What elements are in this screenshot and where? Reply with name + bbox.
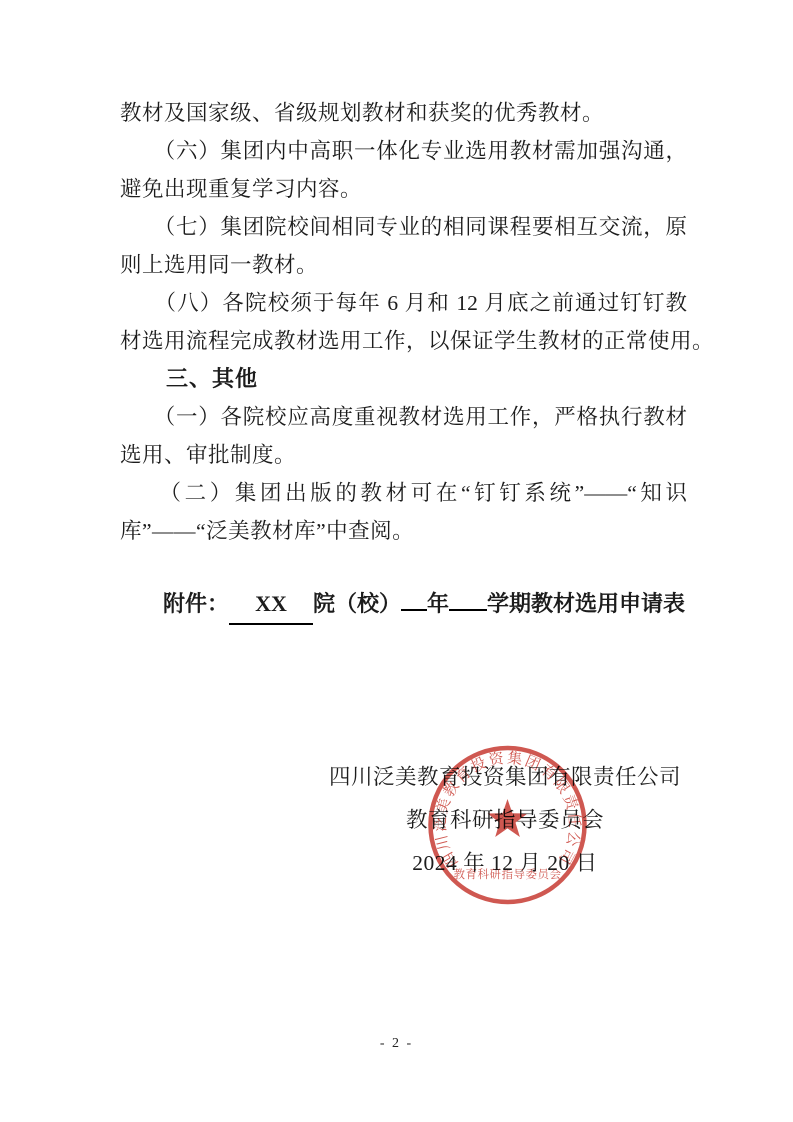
body-line: 材选用流程完成教材选用工作，以保证学生教材的正常使用。 [120,322,687,360]
school-suffix: 院（校） [313,585,401,623]
body-line: 选用、审批制度。 [120,436,687,474]
committee-name: 教育科研指导委员会 [320,799,690,842]
attachment-label: 附件： [163,585,229,623]
document-page: 教材及国家级、省级规划教材和获奖的优秀教材。 （六）集团内中高职一体化专业选用教… [0,0,793,1122]
year-blank [401,585,427,611]
signature-block: 四川泛美教育投资集团有限责任公司 教育科研指导委员会 2024 年 12 月 2… [320,756,690,885]
body-line: （八）各院校须于每年 6 月和 12 月底之前通过钉钉教 [120,284,687,322]
school-name-blank: XX [229,585,313,625]
semester-blank [449,585,487,611]
body-line: （二）集团出版的教材可在“钉钉系统”——“知识 [120,474,687,512]
body-line: （一）各院校应高度重视教材选用工作，严格执行教材 [120,398,687,436]
company-name: 四川泛美教育投资集团有限责任公司 [320,756,690,799]
attachment-title: 学期教材选用申请表 [487,585,685,623]
date-line: 2024 年 12 月 20 日 [320,842,690,885]
body-line: 则上选用同一教材。 [120,246,687,284]
section-heading: 三、其他 [120,360,687,398]
page-number: - 2 - [0,1036,793,1052]
year-suffix: 年 [427,585,449,623]
body-line: （六）集团内中高职一体化专业选用教材需加强沟通， [120,132,687,170]
body-line: 避免出现重复学习内容。 [120,170,687,208]
body-line: 库”——“泛美教材库”中查阅。 [120,512,687,550]
body-line: 教材及国家级、省级规划教材和获奖的优秀教材。 [120,94,687,132]
body-line: （七）集团院校间相同专业的相同课程要相互交流，原 [120,208,687,246]
attachment-line: 附件： XX 院（校） 年 学期教材选用申请表 [163,585,685,623]
document-body: 教材及国家级、省级规划教材和获奖的优秀教材。 （六）集团内中高职一体化专业选用教… [120,94,687,550]
